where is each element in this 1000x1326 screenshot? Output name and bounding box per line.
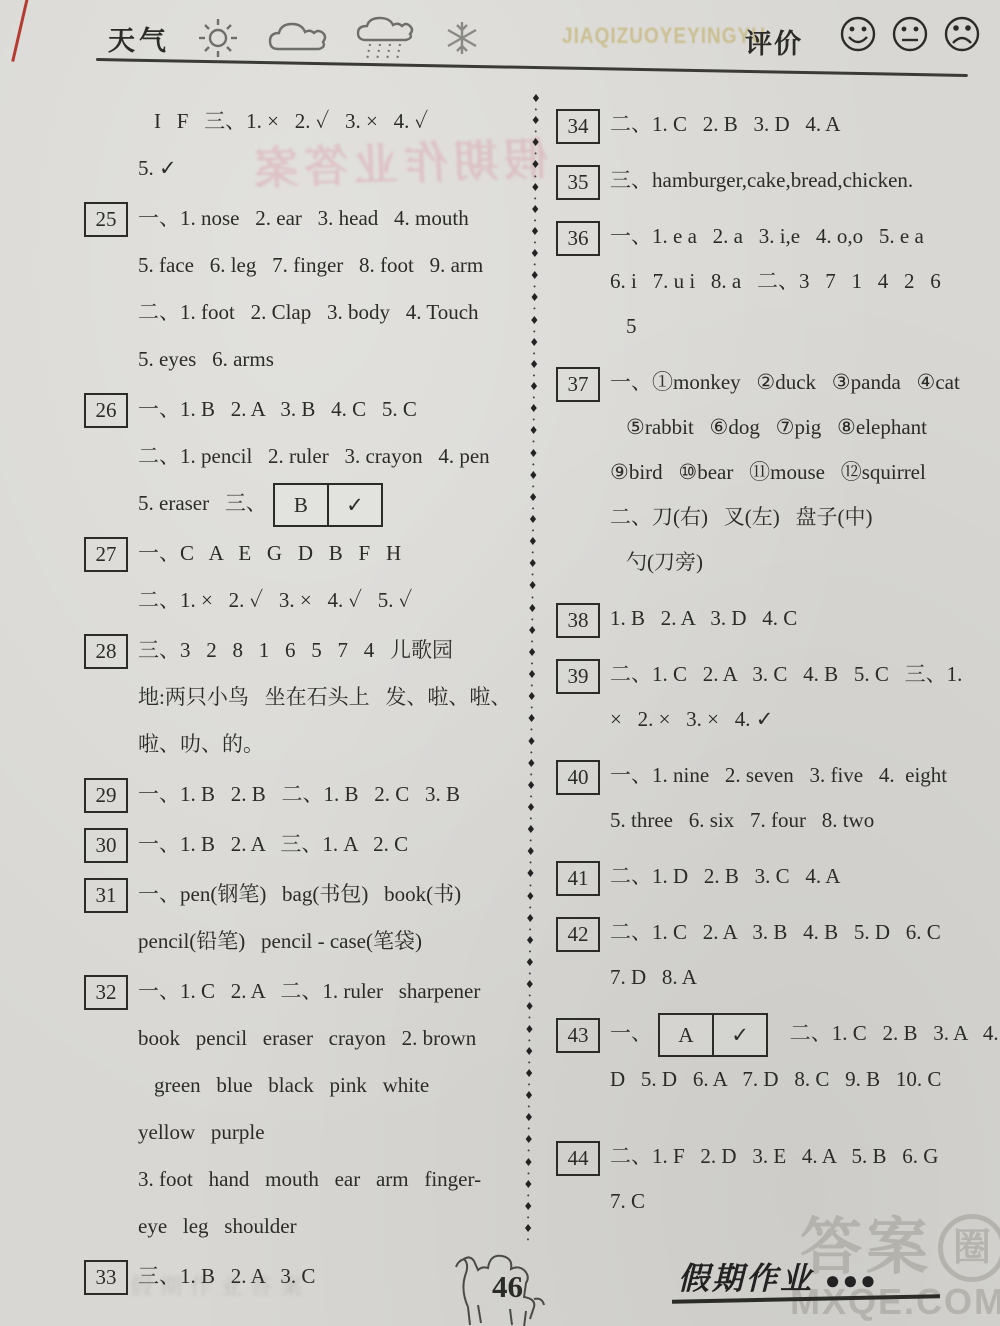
- section-number-box: 35: [556, 165, 600, 200]
- answer-line: 二、刀(右) 叉(左) 盘子(中): [610, 495, 1000, 540]
- answer-section-36: 36一、1. e a 2. a 3. i,e 4. o,o 5. e a6. i…: [556, 214, 1000, 349]
- answer-line: 二、1. D 2. B 3. C 4. A: [610, 854, 1000, 899]
- answer-section-37: 37一、①monkey ②duck ③panda ④cat⑤rabbit ⑥do…: [556, 360, 1000, 585]
- answer-line: 三、hamburger,cake,bread,chicken.: [610, 158, 1000, 203]
- answer-line: 一、1. nine 2. seven 3. five 4. eight: [610, 753, 1000, 798]
- answer-line: 5. eyes 6. arms: [138, 336, 536, 383]
- answer-line: 5. three 6. six 7. four 8. two: [610, 798, 1000, 843]
- section-number-box: 37: [556, 367, 600, 402]
- scanned-answer-page: 天气: [0, 0, 1000, 1326]
- book-title: 假期作业 ●●●: [678, 1253, 878, 1298]
- answer-line: 一、1. nose 2. ear 3. head 4. mouth: [138, 195, 536, 242]
- section-number-box: 43: [556, 1018, 600, 1053]
- answer-line: 勺(刀旁): [610, 540, 1000, 585]
- section-number-box: 39: [556, 659, 600, 694]
- red-corner-line: [11, 0, 31, 62]
- cloud-icon: [266, 16, 328, 60]
- answer-line: 5. eraser 三、B✓: [138, 480, 536, 527]
- answer-line: 二、1. F 2. D 3. E 4. A 5. B 6. G: [610, 1134, 1000, 1179]
- answer-grid-cell: ✓: [712, 1013, 768, 1057]
- answer-line: 一、1. C 2. A 二、1. ruler sharpener: [138, 968, 536, 1015]
- page-number: 46: [492, 1269, 523, 1305]
- answer-section-27: 27一、C A E G D B F H二、1. × 2. ✓ 3. × 4. ✓…: [84, 530, 536, 624]
- section-number-box: 25: [84, 202, 128, 237]
- answer-line: 二、1. C 2. B 3. D 4. A: [610, 102, 1000, 147]
- answer-grid: B✓: [273, 483, 383, 527]
- answer-line: 啦、叻、的。: [138, 721, 536, 768]
- answer-line: 一、1. B 2. B 二、1. B 2. C 3. B: [138, 771, 536, 818]
- sun-icon: [196, 16, 240, 60]
- answer-line: pencil(铅笔) pencil - case(笔袋): [138, 918, 536, 965]
- answer-grid: A✓: [658, 1013, 768, 1057]
- answer-section-25: 25一、1. nose 2. ear 3. head 4. mouth5. fa…: [84, 195, 536, 383]
- section-number-box: 31: [84, 878, 128, 913]
- answer-section-41: 41二、1. D 2. B 3. C 4. A: [556, 854, 1000, 899]
- answer-line: 一、pen(钢笔) bag(书包) book(书): [138, 871, 536, 918]
- header-rule: [96, 58, 968, 77]
- answer-section-32: 32一、1. C 2. A 二、1. ruler sharpenerbook p…: [84, 968, 536, 1250]
- section-number-box: 40: [556, 760, 600, 795]
- answer-line: 3. foot hand mouth ear arm finger-: [138, 1156, 536, 1203]
- answer-line: 一、1. e a 2. a 3. i,e 4. o,o 5. e a: [610, 214, 1000, 259]
- answer-section-44: 44二、1. F 2. D 3. E 4. A 5. B 6. G7. C: [556, 1134, 1000, 1224]
- snowflake-icon: [442, 16, 482, 60]
- answer-section-38: 381. B 2. A 3. D 4. C: [556, 596, 1000, 641]
- answer-line: 一、A✓ 二、1. C 2. B 3. A 4.: [610, 1011, 1000, 1057]
- answer-line: 二、1. × 2. ✓ 3. × 4. ✓ 5. ✓: [138, 577, 536, 624]
- answer-line: × 2. × 3. × 4. ✓: [610, 697, 1000, 742]
- answer-line: D 5. D 6. A 7. D 8. C 9. B 10. C: [610, 1057, 1000, 1102]
- answer-line: 5. face 6. leg 7. finger 8. foot 9. arm: [138, 242, 536, 289]
- answer-grid-cell: A: [658, 1013, 714, 1057]
- sad-face-icon: [942, 14, 982, 54]
- section-number-box: 41: [556, 861, 600, 896]
- answer-section-26: 26一、1. B 2. A 3. B 4. C 5. C二、1. pencil …: [84, 386, 536, 527]
- answer-section-continued: I F 三、1. × 2. ✓ 3. × 4. ✓5. ✓: [84, 98, 536, 192]
- answer-section-34: 34二、1. C 2. B 3. D 4. A: [556, 102, 1000, 147]
- left-answer-column: I F 三、1. × 2. ✓ 3. × 4. ✓5. ✓25一、1. nose…: [84, 98, 536, 1303]
- answer-line: 6. i 7. u i 8. a 二、3 7 1 4 2 6: [610, 259, 1000, 304]
- answer-line: 地:两只小鸟 坐在石头上 发、啦、啦、: [138, 674, 536, 721]
- answer-line: 一、①monkey ②duck ③panda ④cat: [610, 360, 1000, 405]
- answer-line: book pencil eraser crayon 2. brown: [138, 1015, 536, 1062]
- page-footer: 46 假期作业 ●●●: [0, 1225, 1000, 1326]
- answer-section-35: 35三、hamburger,cake,bread,chicken.: [556, 158, 1000, 203]
- book-title-dots: ●●●: [825, 1266, 878, 1295]
- right-answer-column: 34二、1. C 2. B 3. D 4. A35三、hamburger,cak…: [556, 102, 1000, 1235]
- answer-line: ⑨bird ⑩bear ⑪mouse ⑫squirrel: [610, 450, 1000, 495]
- answer-line: I F 三、1. × 2. ✓ 3. × 4. ✓: [138, 98, 536, 145]
- answer-section-29: 29一、1. B 2. B 二、1. B 2. C 3. B: [84, 771, 536, 818]
- section-number-box: 36: [556, 221, 600, 256]
- answer-line: 7. D 8. A: [610, 955, 1000, 1000]
- answer-section-43: 43一、A✓ 二、1. C 2. B 3. A 4.D 5. D 6. A 7.…: [556, 1011, 1000, 1102]
- page-header: 天气: [0, 0, 1000, 90]
- answer-line: 一、1. B 2. A 三、1. A 2. C: [138, 821, 536, 868]
- answer-line: 二、1. C 2. A 3. B 4. B 5. D 6. C: [610, 910, 1000, 955]
- answer-line: 一、1. B 2. A 3. B 4. C 5. C: [138, 386, 536, 433]
- section-number-box: 32: [84, 975, 128, 1010]
- answer-section-30: 30一、1. B 2. A 三、1. A 2. C: [84, 821, 536, 868]
- section-number-box: 34: [556, 109, 600, 144]
- section-number-box: 29: [84, 778, 128, 813]
- rain-icon: [354, 14, 416, 62]
- evaluation-label: 评价: [745, 22, 803, 61]
- neutral-face-icon: [890, 14, 930, 54]
- answer-line: 一、C A E G D B F H: [138, 530, 536, 577]
- section-number-box: 26: [84, 393, 128, 428]
- answer-section-40: 40一、1. nine 2. seven 3. five 4. eight5. …: [556, 753, 1000, 843]
- answer-line: 5. ✓: [138, 145, 536, 192]
- camel-illustration: 46: [438, 1237, 568, 1326]
- answer-grid-cell: ✓: [327, 483, 383, 527]
- section-number-box: 38: [556, 603, 600, 638]
- answer-line: 5: [610, 304, 1000, 349]
- yellow-watermark: JIAQIZUOYEYINGYU: [562, 24, 766, 49]
- answer-grid-cell: B: [273, 483, 329, 527]
- answer-line: green blue black pink white: [138, 1062, 536, 1109]
- happy-face-icon: [838, 14, 878, 54]
- answer-section-31: 31一、pen(钢笔) bag(书包) book(书)pencil(铅笔) pe…: [84, 871, 536, 965]
- answer-line: 二、1. pencil 2. ruler 3. crayon 4. pen: [138, 433, 536, 480]
- answer-line: 三、3 2 8 1 6 5 7 4 儿歌园: [138, 627, 536, 674]
- answer-section-42: 42二、1. C 2. A 3. B 4. B 5. D 6. C7. D 8.…: [556, 910, 1000, 1000]
- section-number-box: 28: [84, 634, 128, 669]
- section-number-box: 44: [556, 1141, 600, 1176]
- section-number-box: 27: [84, 537, 128, 572]
- section-number-box: 42: [556, 917, 600, 952]
- answer-line: 二、1. foot 2. Clap 3. body 4. Touch: [138, 289, 536, 336]
- answer-line: ⑤rabbit ⑥dog ⑦pig ⑧elephant: [610, 405, 1000, 450]
- answer-line: 1. B 2. A 3. D 4. C: [610, 596, 1000, 641]
- weather-label: 天气: [108, 19, 170, 58]
- answer-section-39: 39二、1. C 2. A 3. C 4. B 5. C 三、1.× 2. × …: [556, 652, 1000, 742]
- section-number-box: 30: [84, 828, 128, 863]
- answer-section-28: 28三、3 2 8 1 6 5 7 4 儿歌园地:两只小鸟 坐在石头上 发、啦、…: [84, 627, 536, 768]
- answer-line: 二、1. C 2. A 3. C 4. B 5. C 三、1.: [610, 652, 1000, 697]
- answer-line: yellow purple: [138, 1109, 536, 1156]
